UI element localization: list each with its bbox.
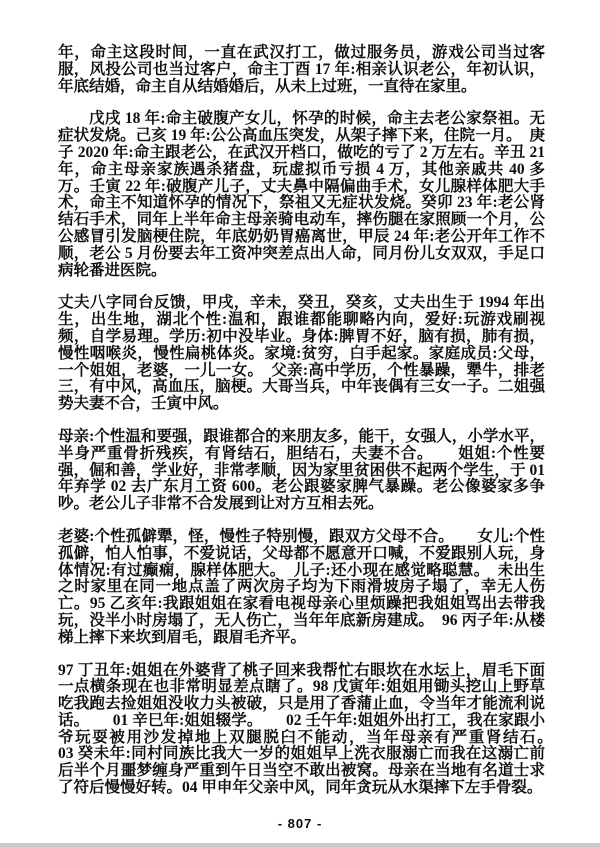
paragraph-childhood-years: 97 丁丑年:姐姐在外婆背了桃子回来我帮忙右眼坎在水坛上，眉毛下面一点横条现在也…	[58, 663, 545, 797]
paragraph-continuation: 年，命主这段时间，一直在武汉打工，做过服务员，游戏公司当过客服，风投公司也当过客…	[58, 45, 545, 95]
paragraph-mother-sister: 母亲:个性温和要强，跟谁都合的来朋友多，能干，女强人，小学水平，半身严重骨折残疾…	[58, 429, 545, 513]
page-number: - 807 -	[0, 816, 600, 831]
scan-edge-artifact	[0, 843, 600, 847]
paragraph-wife-children-early-years: 老婆:个性孤僻犟，怪，慢性子特别慢，跟双方父母不合。 女儿:个性孤僻，怕人怕事，…	[58, 529, 545, 647]
paragraph-husband-bazi-feedback: 丈夫八字同台反馈，甲戌，辛未，癸丑，癸亥，丈夫出生于 1994 年出生，出生地，…	[58, 295, 545, 413]
document-page: 年，命主这段时间，一直在武汉打工，做过服务员，游戏公司当过客服，风投公司也当过客…	[0, 0, 600, 847]
body-text: 年，命主这段时间，一直在武汉打工，做过服务员，游戏公司当过客服，风投公司也当过客…	[58, 45, 545, 813]
paragraph-yearly-events: 戊戌 18 年:命主破腹产女儿，怀孕的时候，命主去老公家祭祖。无症状发烧。己亥 …	[58, 111, 545, 279]
